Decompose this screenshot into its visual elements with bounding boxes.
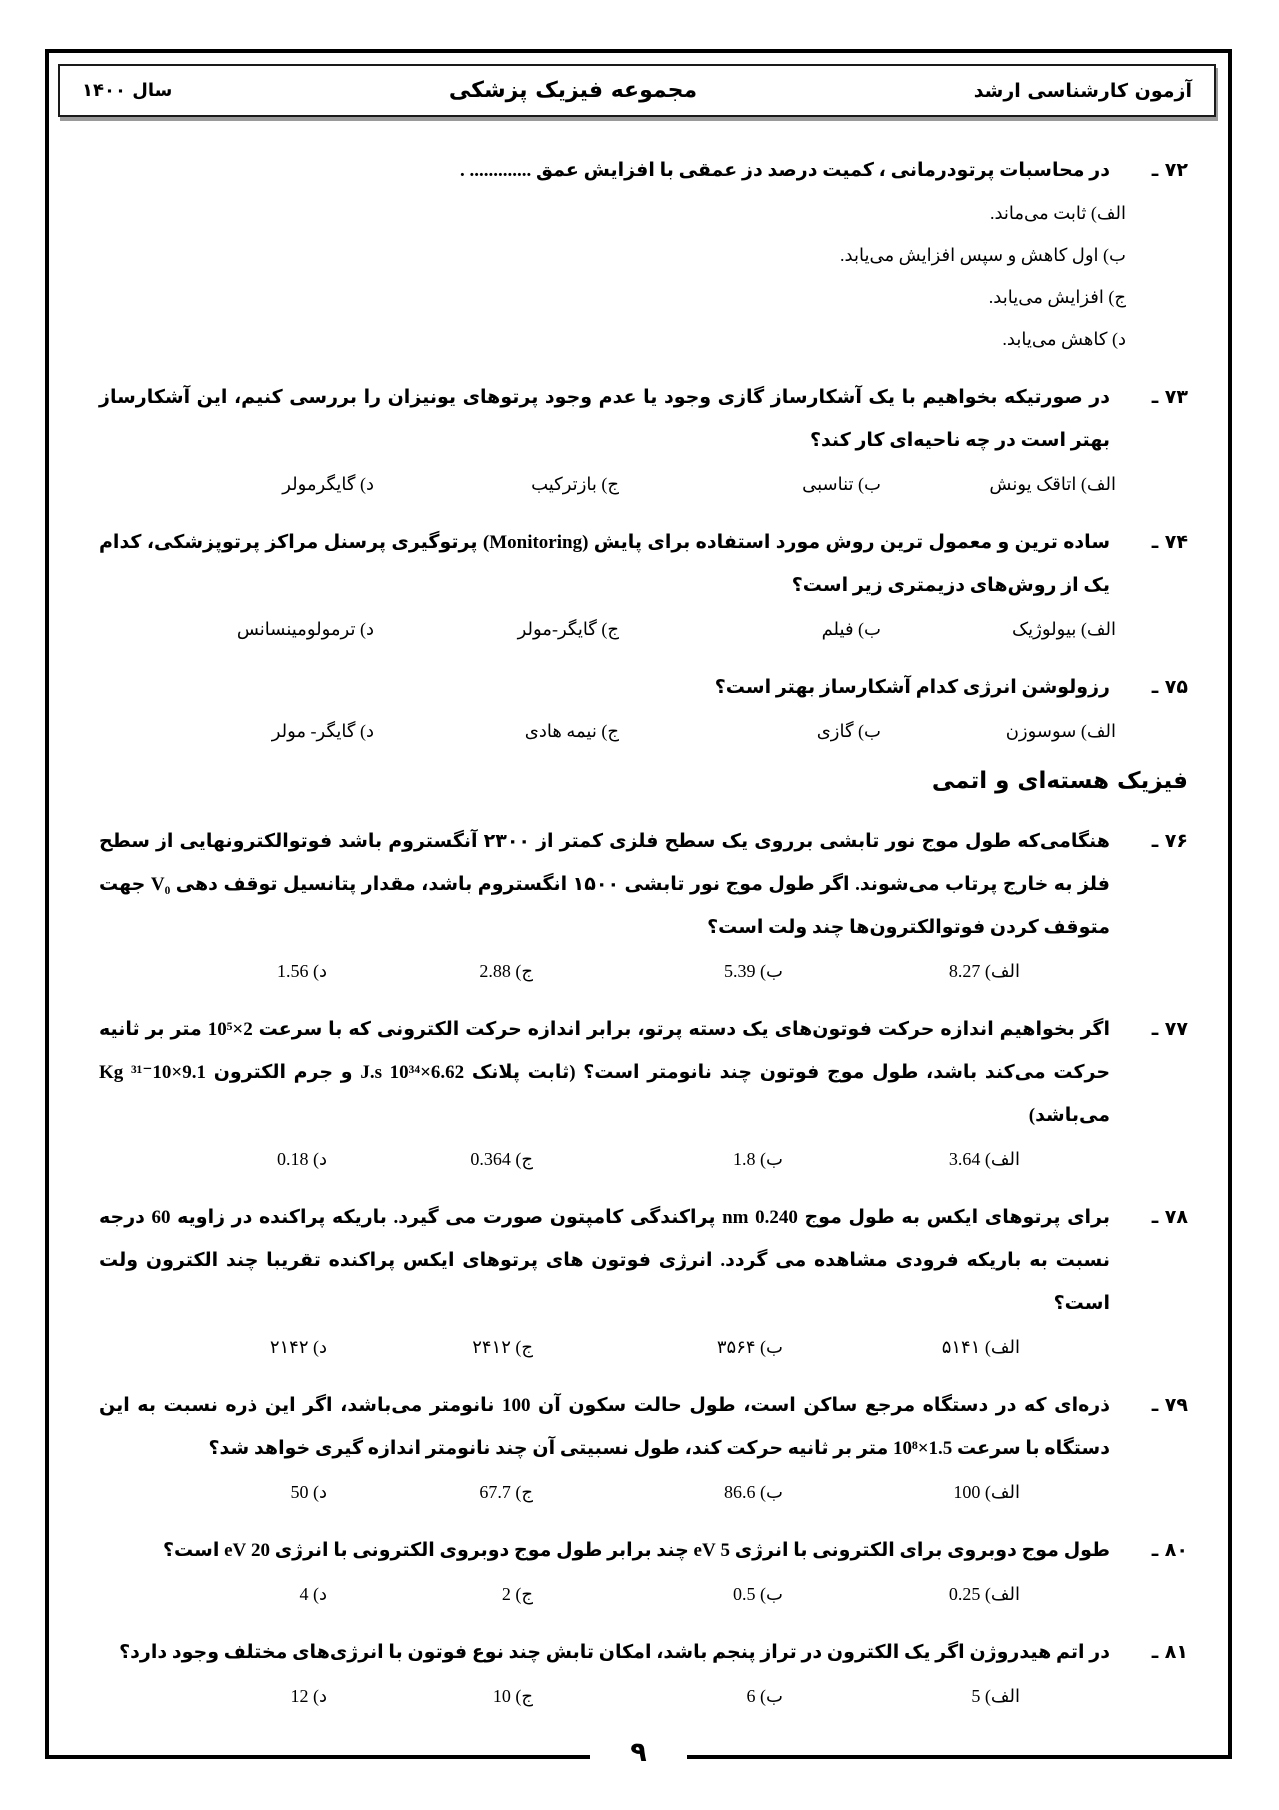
question-74: ۷۴ ـ ساده ترین و معمول ترین روش مورد است… <box>99 521 1188 650</box>
option-a: الف) 100 <box>783 1471 1020 1513</box>
page-header: آزمون کارشناسی ارشد مجموعه فیزیک پزشکی س… <box>58 64 1216 117</box>
option-a: الف) 5 <box>783 1675 1020 1717</box>
option-c: ج) 2 <box>327 1573 533 1615</box>
question-head: ۷۵ ـ رزولوشن انرژی کدام آشکارساز بهتر اس… <box>99 666 1188 709</box>
question-head: ۷۷ ـ اگر بخواهیم اندازه حرکت فوتون‌های ی… <box>99 1008 1188 1137</box>
options-row: الف) بیولوژیک ب) فیلم ج) گایگر-مولر د) ت… <box>99 608 1188 650</box>
option-c: ج) 2.88 <box>327 950 533 992</box>
question-text: در صورتیکه بخواهیم با یک آشکارساز گازی و… <box>99 376 1110 462</box>
section-heading: فیزیک هسته‌ای و اتمی <box>99 768 1188 794</box>
question-number: ۷۹ ـ <box>1110 1384 1188 1470</box>
question-72: ۷۲ ـ در محاسبات پرتودرمانی ، کمیت درصد د… <box>99 149 1188 360</box>
options-row: الف) 5 ب) 6 ج) 10 د) 12 <box>99 1675 1188 1717</box>
option-c: ج) 0.364 <box>327 1138 533 1180</box>
options-row: الف) اتاقک یونش ب) تناسبی ج) بازترکیب د)… <box>99 463 1188 505</box>
question-77: ۷۷ ـ اگر بخواهیم اندازه حرکت فوتون‌های ی… <box>99 1008 1188 1180</box>
option-c: ج) نیمه هادی <box>374 710 619 752</box>
footer-rule-left <box>45 1755 590 1759</box>
question-head: ۷۲ ـ در محاسبات پرتودرمانی ، کمیت درصد د… <box>99 149 1188 192</box>
exam-year: سال ۱۴۰۰ <box>82 80 172 101</box>
question-head: ۸۰ ـ طول موج دوبروی برای الکترونی با انر… <box>99 1529 1188 1572</box>
question-76: ۷۶ ـ هنگامی‌که طول موج نور تابشی برروی ی… <box>99 820 1188 992</box>
option-d: د) کاهش می‌یابد. <box>99 318 1126 360</box>
question-text: در محاسبات پرتودرمانی ، کمیت درصد دز عمق… <box>99 149 1110 192</box>
options-row: الف) ۵۱۴۱ ب) ۳۵۶۴ ج) ۲۴۱۲ د) ۲۱۴۲ <box>99 1326 1188 1368</box>
question-78: ۷۸ ـ برای پرتوهای ایکس به طول موج 0.240 … <box>99 1196 1188 1368</box>
option-d: د) 1.56 <box>99 950 327 992</box>
option-d: د) 0.18 <box>99 1138 327 1180</box>
option-b: ب) فیلم <box>619 608 881 650</box>
question-80: ۸۰ ـ طول موج دوبروی برای الکترونی با انر… <box>99 1529 1188 1615</box>
question-79: ۷۹ ـ ذره‌ای که در دستگاه مرجع ساکن است، … <box>99 1384 1188 1513</box>
question-number: ۸۱ ـ <box>1110 1631 1188 1674</box>
option-b: ب) تناسبی <box>619 463 881 505</box>
options-row: الف) 8.27 ب) 5.39 ج) 2.88 د) 1.56 <box>99 950 1188 992</box>
question-number: ۷۶ ـ <box>1110 820 1188 949</box>
option-a: الف) 3.64 <box>783 1138 1020 1180</box>
options-row: الف) 3.64 ب) 1.8 ج) 0.364 د) 0.18 <box>99 1138 1188 1180</box>
option-d: د) ترمولومینسانس <box>99 608 374 650</box>
question-head: ۷۴ ـ ساده ترین و معمول ترین روش مورد است… <box>99 521 1188 607</box>
option-a: الف) ثابت می‌ماند. <box>99 192 1126 234</box>
page-number: ۹ <box>590 1737 686 1768</box>
option-a: الف) 0.25 <box>783 1573 1020 1615</box>
option-b: ب) ۳۵۶۴ <box>533 1326 783 1368</box>
question-number: ۷۴ ـ <box>1110 521 1188 607</box>
option-a: الف) سوسوزن <box>881 710 1116 752</box>
question-73: ۷۳ ـ در صورتیکه بخواهیم با یک آشکارساز گ… <box>99 376 1188 505</box>
question-text: اگر بخواهیم اندازه حرکت فوتون‌های یک دست… <box>99 1008 1110 1137</box>
option-b: ب) 86.6 <box>533 1471 783 1513</box>
option-c: ج) 67.7 <box>327 1471 533 1513</box>
option-d: د) 50 <box>99 1471 327 1513</box>
question-number: ۷۳ ـ <box>1110 376 1188 462</box>
question-head: ۷۳ ـ در صورتیکه بخواهیم با یک آشکارساز گ… <box>99 376 1188 462</box>
question-text: ذره‌ای که در دستگاه مرجع ساکن است، طول ح… <box>99 1384 1110 1470</box>
page-footer: ۹ <box>45 1739 1232 1775</box>
question-text: طول موج دوبروی برای الکترونی با انرژی 5 … <box>99 1529 1110 1572</box>
question-number: ۷۵ ـ <box>1110 666 1188 709</box>
question-text: در اتم هیدروژن اگر یک الکترون در تراز پن… <box>99 1631 1110 1674</box>
options-stacked: الف) ثابت می‌ماند. ب) اول کاهش و سپس افز… <box>99 192 1188 360</box>
option-a: الف) 8.27 <box>783 950 1020 992</box>
option-a: الف) بیولوژیک <box>881 608 1116 650</box>
option-b: ب) 0.5 <box>533 1573 783 1615</box>
options-row: الف) 0.25 ب) 0.5 ج) 2 د) 4 <box>99 1573 1188 1615</box>
option-d: د) گایگرمولر <box>99 463 374 505</box>
question-head: ۷۸ ـ برای پرتوهای ایکس به طول موج 0.240 … <box>99 1196 1188 1325</box>
question-number: ۷۷ ـ <box>1110 1008 1188 1137</box>
booklet-title: مجموعه فیزیک پزشکی <box>172 78 973 103</box>
question-number: ۸۰ ـ <box>1110 1529 1188 1572</box>
questions-area: ۷۲ ـ در محاسبات پرتودرمانی ، کمیت درصد د… <box>49 149 1232 1733</box>
option-c: ج) گایگر-مولر <box>374 608 619 650</box>
option-a: الف) ۵۱۴۱ <box>783 1326 1020 1368</box>
question-text: هنگامی‌که طول موج نور تابشی برروی یک سطح… <box>99 820 1110 949</box>
option-a: الف) اتاقک یونش <box>881 463 1116 505</box>
question-number: ۷۸ ـ <box>1110 1196 1188 1325</box>
option-d: د) 12 <box>99 1675 327 1717</box>
option-b: ب) 5.39 <box>533 950 783 992</box>
question-text: رزولوشن انرژی کدام آشکارساز بهتر است؟ <box>99 666 1110 709</box>
question-number: ۷۲ ـ <box>1110 149 1188 192</box>
question-text: ساده ترین و معمول ترین روش مورد استفاده … <box>99 521 1110 607</box>
option-b: ب) اول کاهش و سپس افزایش می‌یابد. <box>99 234 1126 276</box>
option-c: ج) 10 <box>327 1675 533 1717</box>
option-b: ب) گازی <box>619 710 881 752</box>
option-d: د) ۲۱۴۲ <box>99 1326 327 1368</box>
question-text: برای پرتوهای ایکس به طول موج 0.240 nm پر… <box>99 1196 1110 1325</box>
footer-rule-right <box>687 1755 1232 1759</box>
option-b: ب) 6 <box>533 1675 783 1717</box>
option-d: د) 4 <box>99 1573 327 1615</box>
question-head: ۸۱ ـ در اتم هیدروژن اگر یک الکترون در تر… <box>99 1631 1188 1674</box>
exam-type-title: آزمون کارشناسی ارشد <box>974 80 1192 102</box>
option-b: ب) 1.8 <box>533 1138 783 1180</box>
options-row: الف) سوسوزن ب) گازی ج) نیمه هادی د) گایگ… <box>99 710 1188 752</box>
question-head: ۷۶ ـ هنگامی‌که طول موج نور تابشی برروی ی… <box>99 820 1188 949</box>
option-c: ج) افزایش می‌یابد. <box>99 276 1126 318</box>
option-c: ج) بازترکیب <box>374 463 619 505</box>
question-head: ۷۹ ـ ذره‌ای که در دستگاه مرجع ساکن است، … <box>99 1384 1188 1470</box>
question-81: ۸۱ ـ در اتم هیدروژن اگر یک الکترون در تر… <box>99 1631 1188 1717</box>
question-75: ۷۵ ـ رزولوشن انرژی کدام آشکارساز بهتر اس… <box>99 666 1188 752</box>
option-d: د) گایگر- مولر <box>99 710 374 752</box>
options-row: الف) 100 ب) 86.6 ج) 67.7 د) 50 <box>99 1471 1188 1513</box>
option-c: ج) ۲۴۱۲ <box>327 1326 533 1368</box>
